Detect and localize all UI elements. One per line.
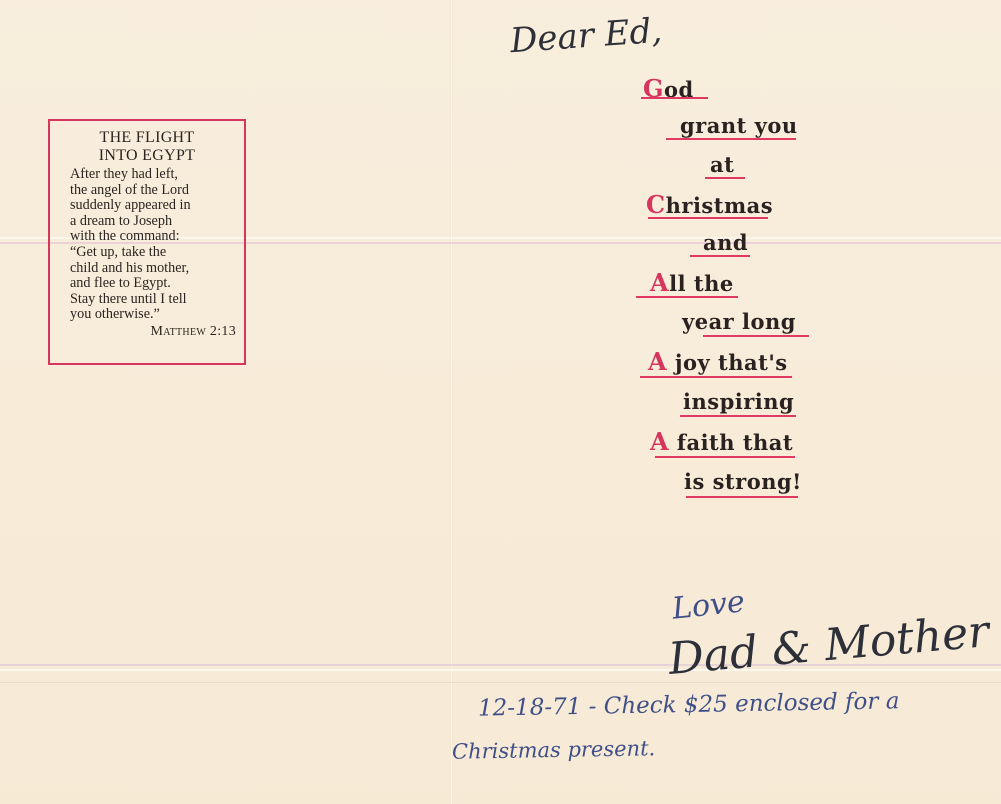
- card-body-line: child and his mother,: [70, 261, 236, 277]
- verse-underline: [680, 415, 796, 417]
- scripture-card: THE FLIGHT INTO EGYPT After they had lef…: [48, 119, 246, 365]
- verse-underline: [705, 177, 745, 179]
- horizontal-fold-crease: [0, 682, 1001, 683]
- verse-underline: [666, 138, 796, 140]
- verse-text: is strong!: [684, 469, 802, 494]
- verse-line: at: [710, 152, 734, 177]
- verse-underline: [640, 376, 792, 378]
- verse-text: faith that: [669, 430, 793, 455]
- verse-initial: A: [650, 268, 669, 297]
- card-body-line: suddenly appeared in: [70, 198, 236, 214]
- verse-line: year long: [682, 309, 796, 334]
- horizontal-fold-highlight: [0, 669, 1001, 671]
- card-body-line: Stay there until I tell: [70, 292, 236, 308]
- card-body: After they had left, the angel of the Lo…: [70, 167, 236, 323]
- verse-underline: [655, 456, 795, 458]
- verse-text: joy that's: [667, 350, 787, 375]
- card-body-line: After they had left,: [70, 167, 236, 183]
- verse-line: inspiring: [683, 389, 794, 414]
- verse-line: and: [703, 230, 748, 255]
- verse-initial: A: [648, 347, 667, 376]
- card-reference: Matthew 2:13: [70, 324, 236, 340]
- verse-underline: [648, 217, 768, 219]
- verse-initial: A: [650, 427, 669, 456]
- verse-line: grant you: [680, 113, 798, 138]
- card-body-line: with the command:: [70, 229, 236, 245]
- verse-line: Christmas: [646, 190, 773, 219]
- card-body-line: a dream to Joseph: [70, 214, 236, 230]
- card-body-line: you otherwise.”: [70, 307, 236, 323]
- verse-text: hristmas: [666, 193, 773, 218]
- verse-underline: [636, 296, 738, 298]
- verse-line: All the: [650, 268, 734, 297]
- vertical-fold-line: [450, 0, 453, 804]
- verse-underline: [690, 255, 750, 257]
- card-title: THE FLIGHT INTO EGYPT: [58, 129, 236, 165]
- card-body-line: “Get up, take the: [70, 245, 236, 261]
- verse-line: A joy that's: [648, 347, 788, 376]
- verse-line: is strong!: [684, 469, 802, 494]
- card-title-line: INTO EGYPT: [58, 147, 236, 165]
- verse-text: and: [703, 230, 748, 255]
- verse-text: grant you: [680, 113, 798, 138]
- note-line: Christmas present.: [452, 736, 656, 764]
- card-body-line: the angel of the Lord: [70, 183, 236, 199]
- card-title-line: THE FLIGHT: [58, 129, 236, 147]
- verse-text: inspiring: [683, 389, 794, 414]
- verse-initial: C: [646, 190, 666, 219]
- card-body-line: and flee to Egypt.: [70, 276, 236, 292]
- verse-underline: [703, 335, 809, 337]
- verse-text: ll the: [669, 271, 734, 296]
- verse-underline: [686, 496, 798, 498]
- verse-text: at: [710, 152, 734, 177]
- verse-text: year long: [682, 309, 796, 334]
- verse-line: A faith that: [650, 427, 793, 456]
- verse-underline: [641, 97, 708, 99]
